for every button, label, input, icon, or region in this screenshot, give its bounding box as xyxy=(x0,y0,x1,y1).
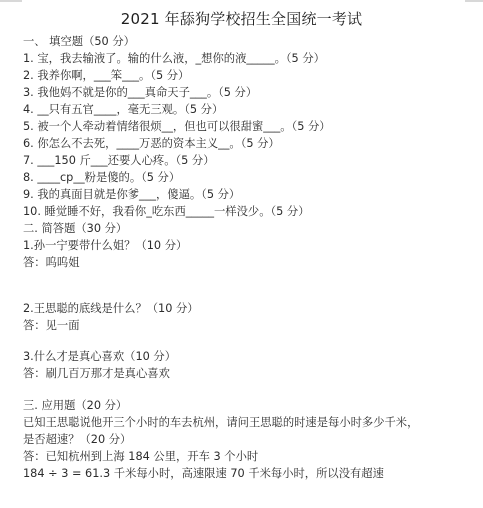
fill-item-2: 2. 我养你啊，___笨___。（5 分） xyxy=(23,69,189,83)
fill-item-9: 9. 我的真面目就是你爹___，傻逼。（5 分） xyxy=(23,188,240,202)
section2-heading: 二. 简答题（30 分） xyxy=(23,222,127,236)
fill-item-5: 5. 被一个人牵动着情绪很烦__，但也可以很甜蜜___。（5 分） xyxy=(23,120,331,134)
scan-edge-right xyxy=(465,0,483,2)
application-answer-line1: 答：已知杭州到上海 184 公里，开车 3 个小时 xyxy=(23,450,258,464)
section1-heading: 一、 填空题（50 分） xyxy=(23,35,135,49)
application-question-line1: 已知王思聪说他开三个小时的车去杭州，请问王思聪的时速是每小时多少千米， xyxy=(23,416,418,430)
fill-item-6: 6. 你怎么不去死，____万恶的资本主义__。（5 分） xyxy=(23,137,280,151)
short-answer-1: 答：呜呜姐 xyxy=(23,256,80,270)
fill-item-10: 10. 睡觉睡不好，我看你_吃东西_____一样没少。（5 分） xyxy=(23,205,310,219)
application-answer-line2: 184 ÷ 3 = 61.3 千米每小时，高速限速 70 千米每小时，所以没有超… xyxy=(23,467,384,481)
fill-item-7: 7. ___150 斤___还要人心疼。（5 分） xyxy=(23,154,215,168)
fill-item-8: 8. ____cp__粉是傻的。（5 分） xyxy=(23,171,180,185)
short-answer-3: 答：刷几百万那才是真心喜欢 xyxy=(23,367,170,381)
short-question-2: 2.王思聪的底线是什么？（10 分） xyxy=(23,302,199,316)
short-answer-2: 答：见一面 xyxy=(23,319,80,333)
fill-item-1: 1. 宝，我去输液了。输的什么液，_想你的液_____。（5 分） xyxy=(23,52,325,66)
application-question-line2: 是否超速？（20 分） xyxy=(23,433,131,447)
scan-edge-left xyxy=(0,0,22,2)
exam-title: 2021 年舔狗学校招生全国统一考试 xyxy=(0,8,483,29)
fill-item-4: 4. __只有五官____，毫无三观。（5 分） xyxy=(23,103,223,117)
section3-heading: 三. 应用题（20 分） xyxy=(23,399,127,413)
fill-item-3: 3. 我他妈不就是你的___真命天子___。（5 分） xyxy=(23,86,257,100)
short-question-3: 3.什么才是真心喜欢（10 分） xyxy=(23,350,176,364)
short-question-1: 1.孙一宁要带什么姐？（10 分） xyxy=(23,239,187,253)
